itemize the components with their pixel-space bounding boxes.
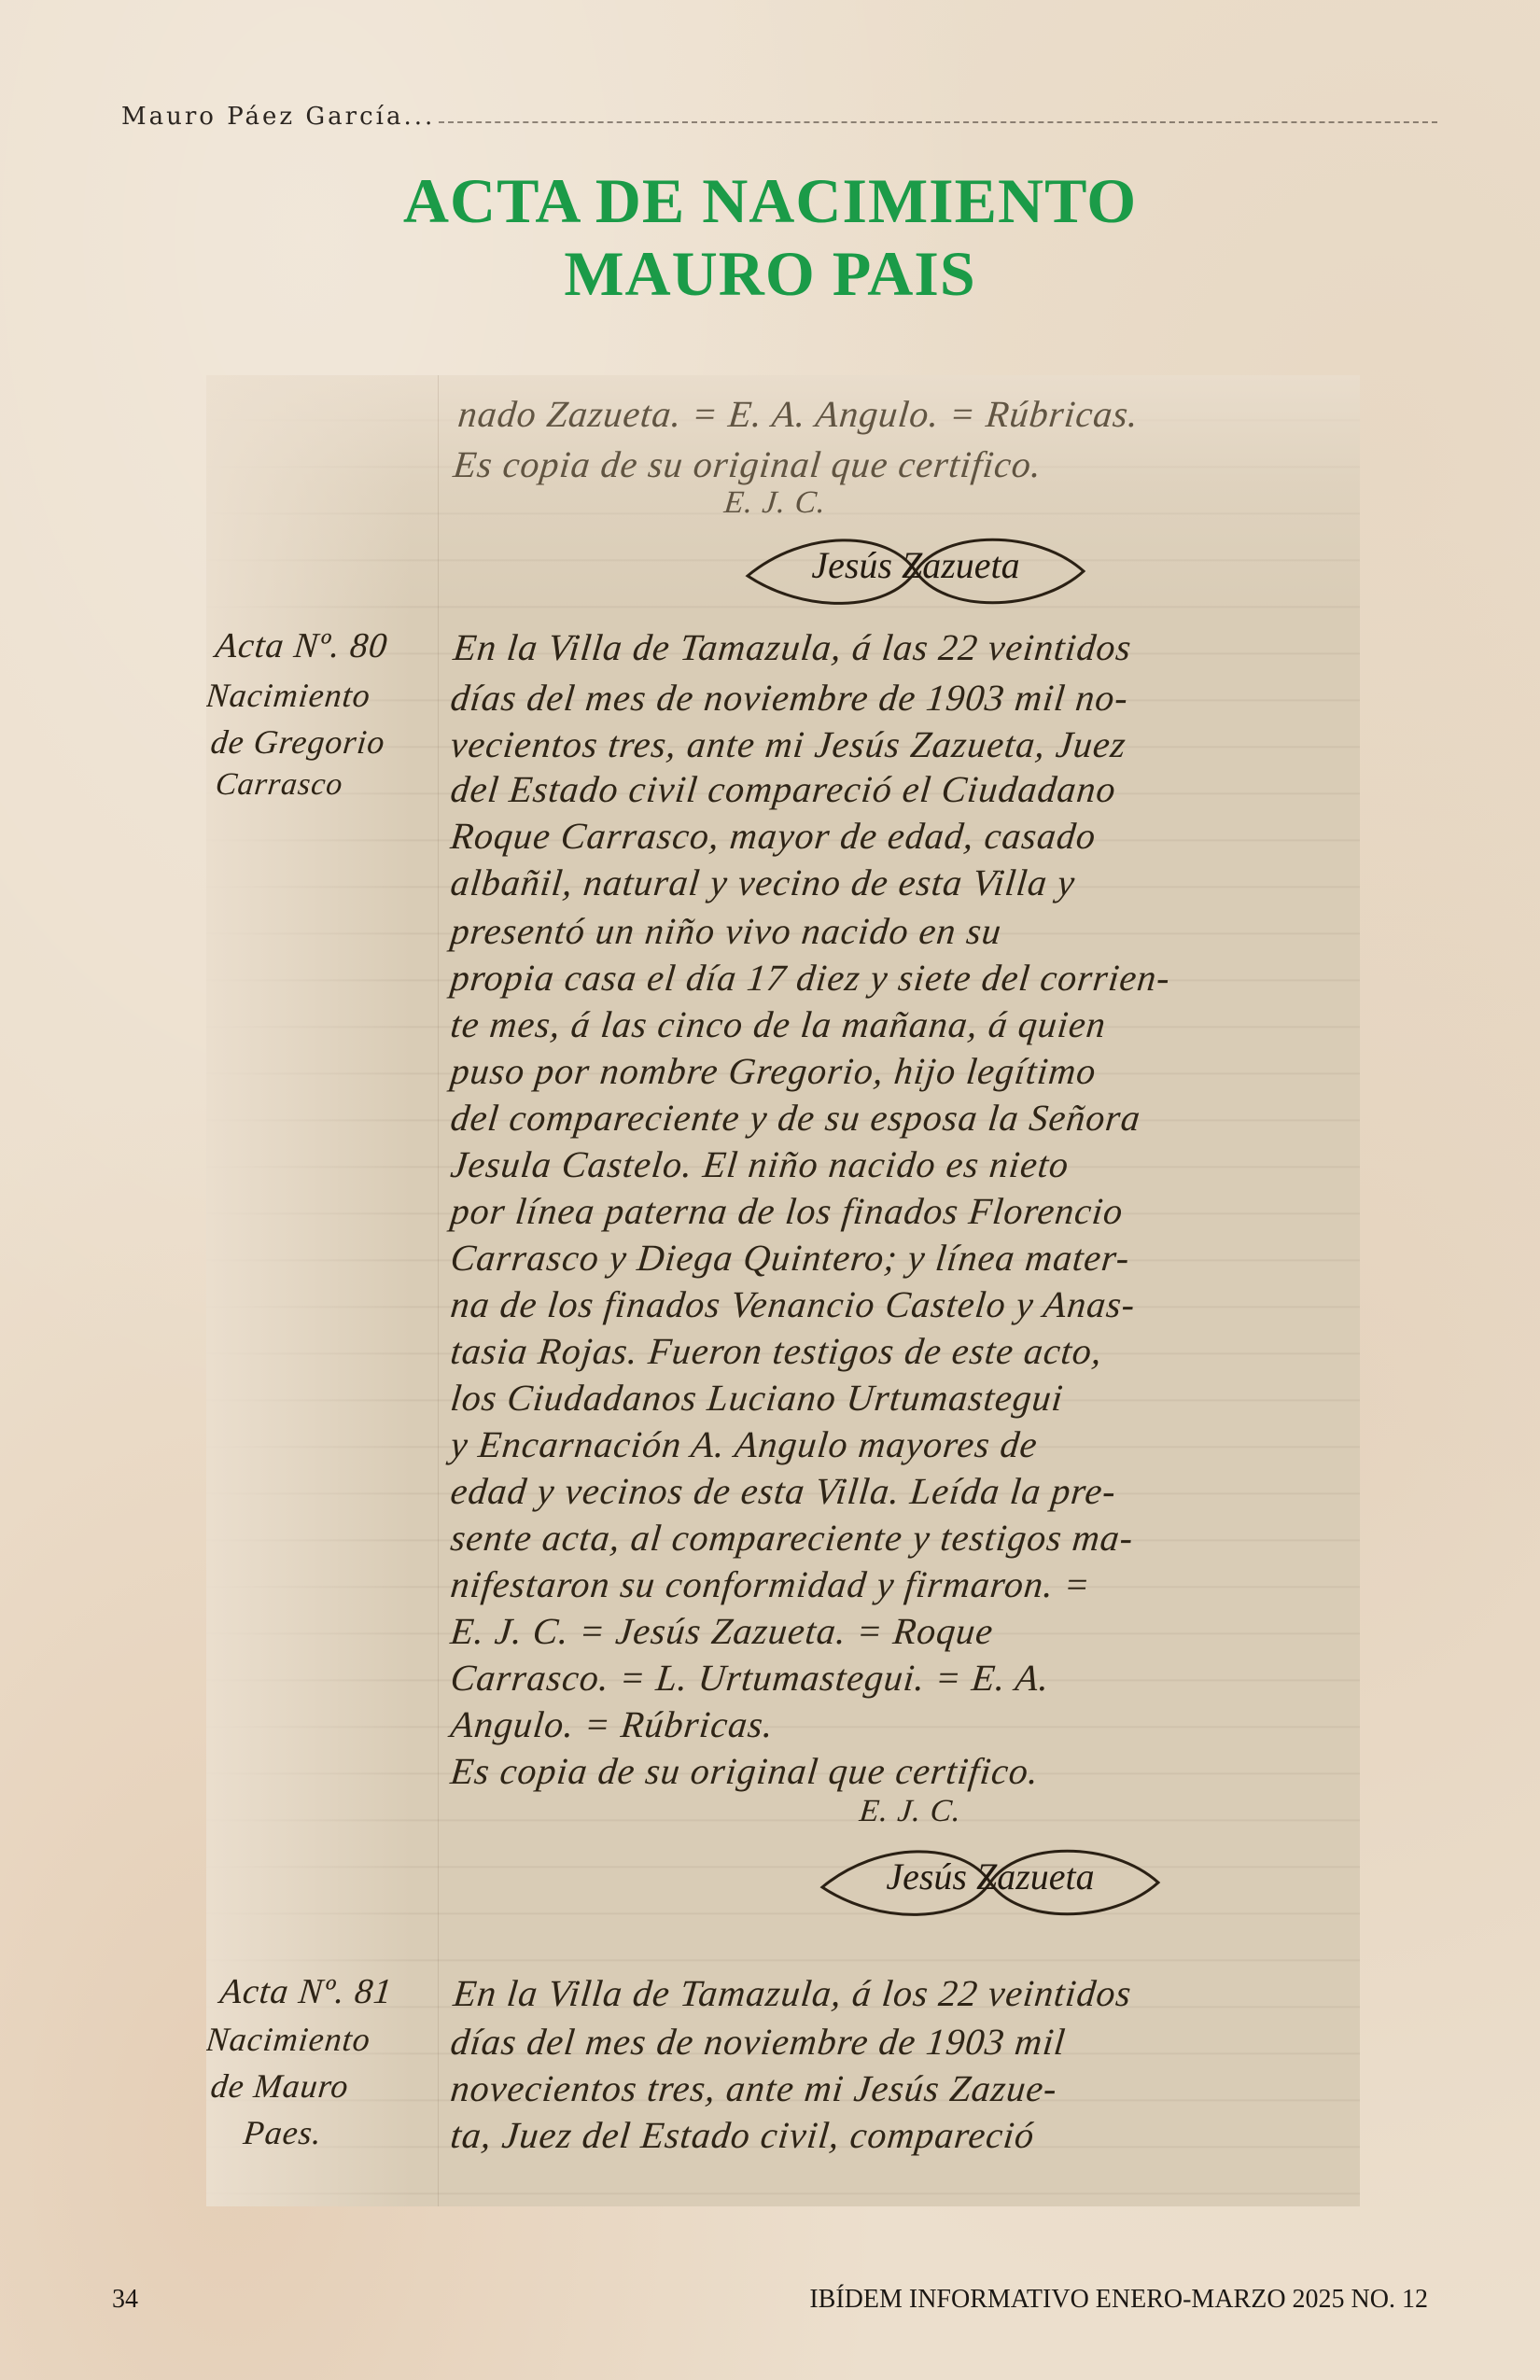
manuscript-line: presentó un niño vivo nacido en su: [449, 909, 1004, 953]
margin-divider: [438, 375, 439, 2206]
manuscript-line: En la Villa de Tamazula, á las 22 veinti…: [452, 625, 1134, 669]
manuscript-line: En la Villa de Tamazula, á los 22 veinti…: [452, 1971, 1134, 2015]
manuscript-line: nado Zazueta. = E. A. Angulo. = Rúbricas…: [456, 392, 1141, 436]
manuscript-line: na de los finados Venancio Castelo y Ana…: [449, 1282, 1138, 1326]
manuscript-line: puso por nombre Gregorio, hijo legítimo: [449, 1049, 1099, 1093]
title-line-1: ACTA DE NACIMIENTO: [0, 164, 1540, 237]
title-line-2: MAURO PAIS: [0, 237, 1540, 310]
margin-note: Nacimiento: [206, 676, 372, 715]
birth-certificate-scan: nado Zazueta. = E. A. Angulo. = Rúbricas…: [206, 375, 1360, 2206]
margin-note: de Mauro: [209, 2066, 351, 2106]
manuscript-line: días del mes de noviembre de 1903 mil: [449, 2020, 1069, 2064]
signature-text: Jesús Zazueta: [729, 543, 1102, 587]
manuscript-line: ta, Juez del Estado civil, compareció: [449, 2113, 1037, 2157]
manuscript-line: E. J. C.: [722, 485, 828, 521]
page-number: 34: [112, 2285, 138, 2315]
manuscript-line: albañil, natural y vecino de esta Villa …: [449, 861, 1078, 904]
page-title: ACTA DE NACIMIENTO MAURO PAIS: [0, 164, 1540, 310]
manuscript-line: del Estado civil compareció el Ciudadano: [449, 767, 1119, 811]
manuscript-line: te mes, á las cinco de la mañana, á quie…: [449, 1002, 1109, 1046]
running-head: Mauro Páez García...: [121, 93, 1437, 131]
manuscript-line: propia casa el día 17 diez y siete del c…: [449, 956, 1173, 1000]
manuscript-line: novecientos tres, ante mi Jesús Zazue-: [449, 2066, 1060, 2110]
manuscript-line: Carrasco y Diega Quintero; y línea mater…: [449, 1236, 1132, 1280]
manuscript-line: Jesula Castelo. El niño nacido es nieto: [449, 1142, 1071, 1186]
manuscript-line: del compareciente y de su esposa la Seño…: [449, 1096, 1143, 1140]
page-footer: 34 IBÍDEM INFORMATIVO ENERO-MARZO 2025 N…: [112, 2285, 1428, 2322]
margin-note: Acta Nº. 80: [214, 625, 390, 666]
publication-info: IBÍDEM INFORMATIVO ENERO-MARZO 2025 NO. …: [809, 2285, 1428, 2315]
manuscript-line: tasia Rojas. Fueron testigos de este act…: [449, 1329, 1105, 1373]
header-rule: [439, 121, 1437, 123]
margin-note: Acta Nº. 81: [218, 1971, 395, 2012]
margin-note: Paes.: [242, 2113, 324, 2152]
manuscript-line: Es copia de su original que certifico.: [452, 442, 1044, 486]
manuscript-line: Carrasco. = L. Urtumastegui. = E. A.: [449, 1656, 1052, 1700]
manuscript-line: sente acta, al compareciente y testigos …: [449, 1516, 1136, 1560]
manuscript-line: por línea paterna de los finados Florenc…: [449, 1189, 1126, 1233]
manuscript-line: vecientos tres, ante mi Jesús Zazueta, J…: [449, 722, 1129, 766]
signature-text: Jesús Zazueta: [804, 1855, 1177, 1898]
manuscript-line: días del mes de noviembre de 1903 mil no…: [449, 676, 1131, 720]
manuscript-line: Angulo. = Rúbricas.: [449, 1702, 777, 1746]
signature-act-80: Jesús Zazueta: [804, 1836, 1177, 1929]
manuscript-line: E. J. C. = Jesús Zazueta. = Roque: [449, 1609, 996, 1653]
manuscript-line: E. J. C.: [858, 1794, 963, 1829]
signature-top: Jesús Zazueta: [729, 525, 1102, 618]
manuscript-line: Roque Carrasco, mayor de edad, casado: [449, 814, 1099, 858]
margin-note: de Gregorio: [209, 722, 387, 762]
manuscript-line: Es copia de su original que certifico.: [449, 1749, 1042, 1793]
manuscript-line: nifestaron su conformidad y firmaron. =: [449, 1562, 1093, 1606]
author-running-head: Mauro Páez García...: [121, 103, 435, 131]
margin-note: Carrasco: [214, 767, 344, 803]
manuscript-line: edad y vecinos de esta Villa. Leída la p…: [449, 1469, 1119, 1513]
manuscript-line: los Ciudadanos Luciano Urtumastegui: [449, 1376, 1066, 1420]
manuscript-line: y Encarnación A. Angulo mayores de: [449, 1422, 1041, 1466]
margin-note: Nacimiento: [206, 2020, 372, 2059]
